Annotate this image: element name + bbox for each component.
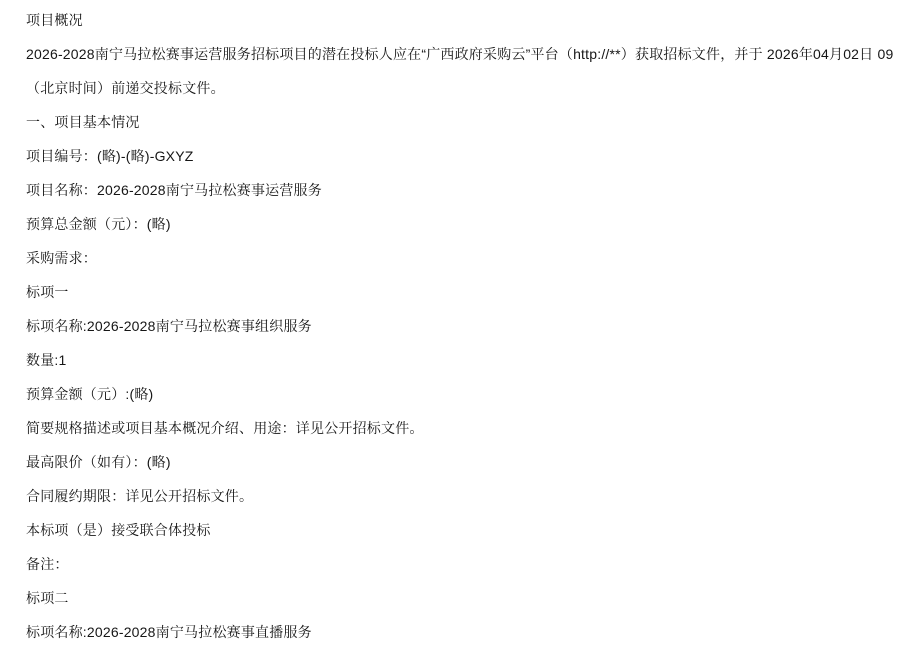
tender-notice-line-2: （北京时间）前递交投标文件。 [26, 71, 913, 105]
lot-one-heading: 标项一 [26, 275, 913, 309]
lot-one-remarks-label: 备注： [26, 547, 913, 581]
lot-one-max-price: 最高限价（如有）：(略) [26, 445, 913, 479]
project-overview-heading: 项目概况 [26, 3, 913, 37]
total-budget: 预算总金额（元）：(略) [26, 207, 913, 241]
lot-one-contract-period: 合同履约期限：详见公开招标文件。 [26, 479, 913, 513]
project-number: 项目编号：(略)-(略)-GXYZ [26, 139, 913, 173]
lot-one-quantity: 数量:1 [26, 343, 913, 377]
lot-two-name: 标项名称:2026-2028南宁马拉松赛事直播服务 [26, 615, 913, 647]
basic-info-heading: 一、项目基本情况 [26, 105, 913, 139]
lot-one-budget: 预算金额（元）:(略) [26, 377, 913, 411]
lot-two-heading: 标项二 [26, 581, 913, 615]
lot-one-name: 标项名称:2026-2028南宁马拉松赛事组织服务 [26, 309, 913, 343]
lot-one-description: 简要规格描述或项目基本概况介绍、用途：详见公开招标文件。 [26, 411, 913, 445]
project-name: 项目名称：2026-2028南宁马拉松赛事运营服务 [26, 173, 913, 207]
lot-one-consortium-statement: 本标项（是）接受联合体投标 [26, 513, 913, 547]
tender-notice-line-1: 2026-2028南宁马拉松赛事运营服务招标项目的潜在投标人应在“广西政府采购云… [26, 37, 913, 71]
document-page: 项目概况 2026-2028南宁马拉松赛事运营服务招标项目的潜在投标人应在“广西… [0, 0, 913, 647]
procurement-demand-label: 采购需求： [26, 241, 913, 275]
